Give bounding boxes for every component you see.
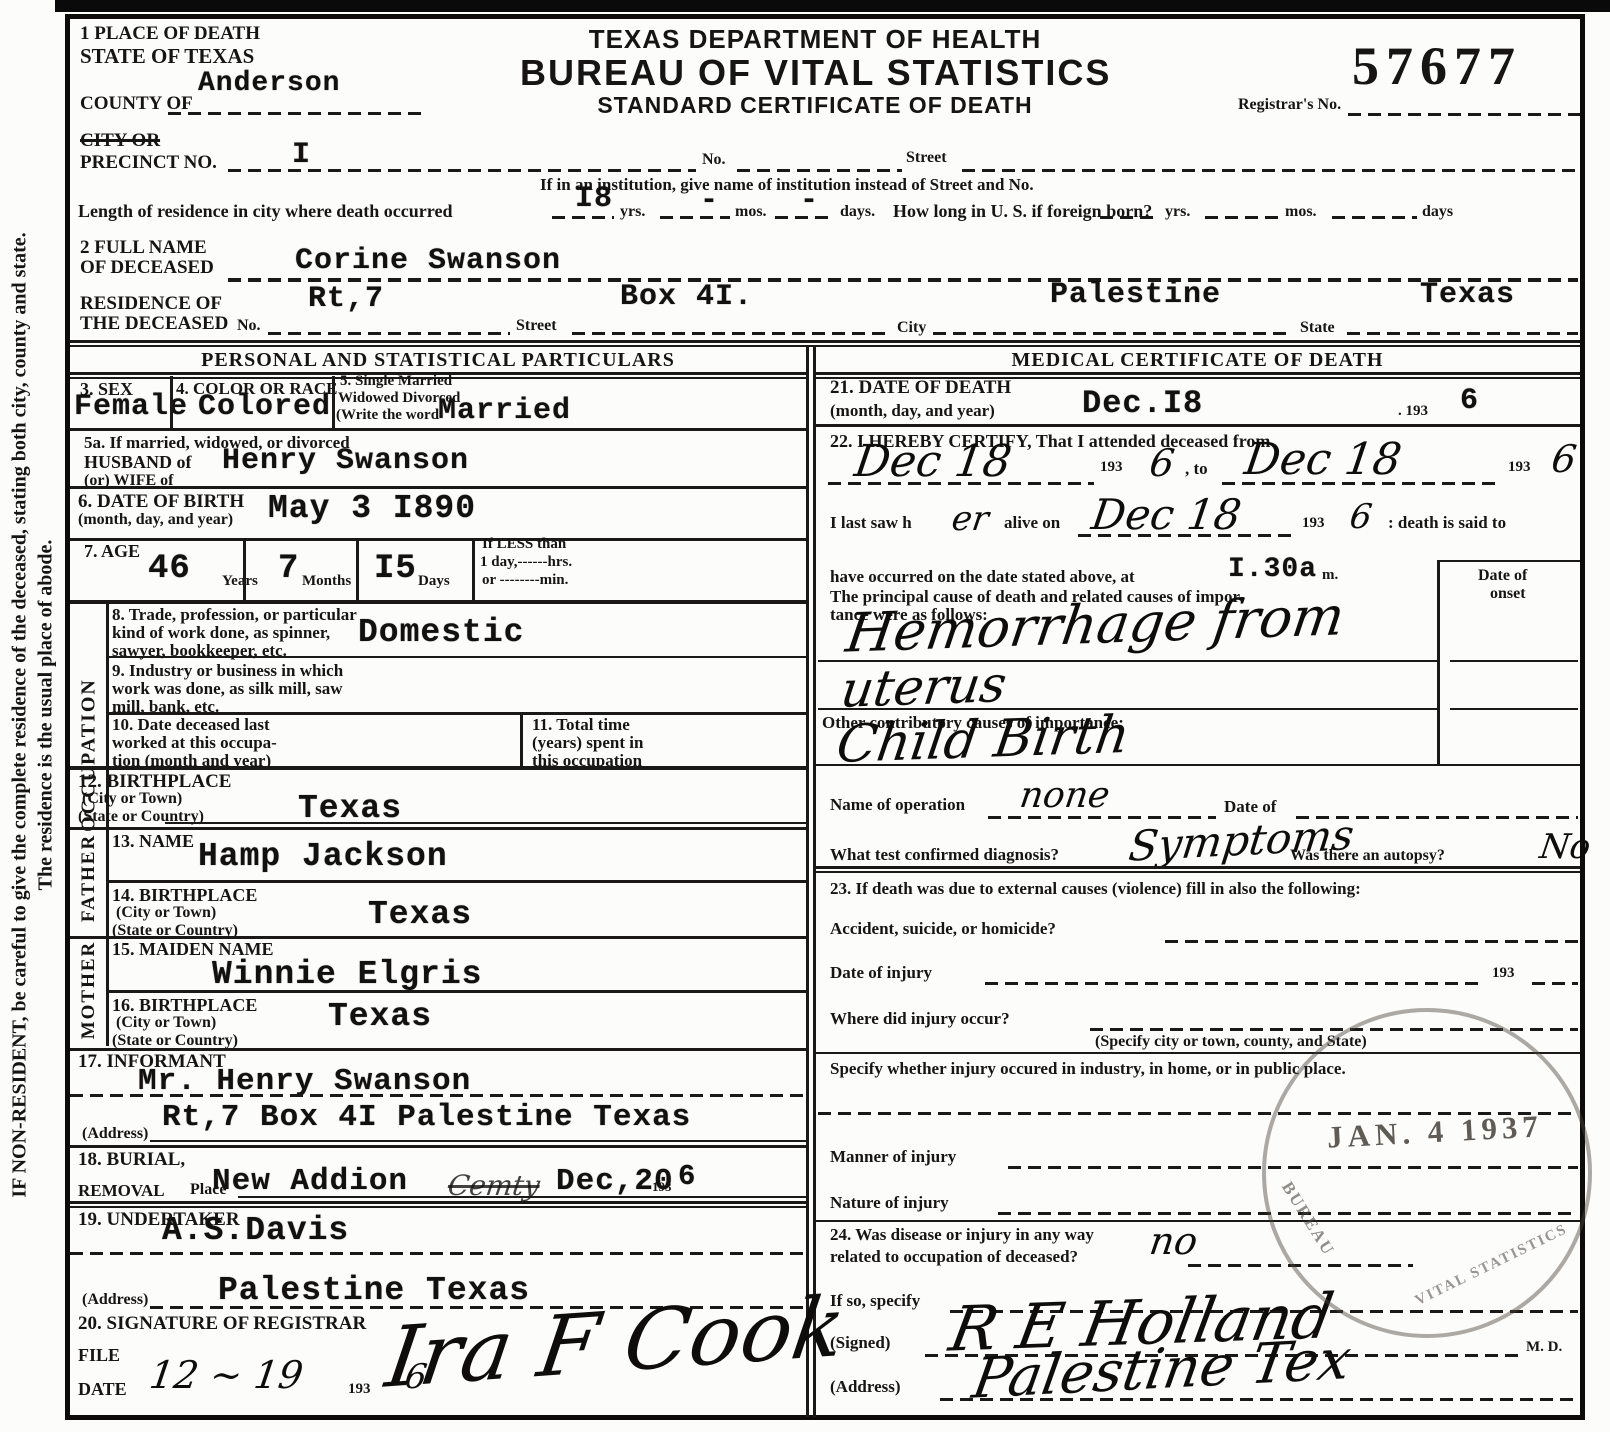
length-yrs-label: yrs.: [620, 204, 645, 221]
foreign-mos-label: mos.: [1285, 204, 1317, 221]
where-injury-label: Where did injury occur?: [830, 1010, 1010, 1028]
length-mos-label: mos.: [735, 204, 767, 221]
residence-rule-4: [1347, 332, 1578, 335]
foreign-rule-1: [1100, 216, 1160, 219]
operation-label: Name of operation: [830, 796, 965, 814]
md-label: M. D.: [1526, 1340, 1562, 1356]
center-divider-1: [806, 347, 809, 1417]
age-days-value: I5: [374, 552, 417, 586]
box8-rule: [106, 656, 806, 658]
length-days-dash: -: [800, 186, 819, 216]
bureau-title: BUREAU OF VITAL STATISTICS: [520, 54, 1110, 92]
operation-value: none: [1017, 778, 1111, 814]
if-so-label: If so, specify: [830, 1292, 920, 1310]
age-divider-2: [356, 538, 359, 600]
foreign-rule-2: [1205, 216, 1280, 219]
contributory-value: Child Birth: [834, 709, 1133, 771]
age-divider-1: [243, 538, 246, 600]
burial-193-label: 193: [652, 1180, 672, 1194]
margin-note-line1: IF NON-RESIDENT, be careful to give the …: [10, 50, 31, 1380]
removal-label: REMOVAL: [78, 1182, 165, 1200]
length-rule-2: [660, 216, 730, 219]
injury-193-label: 193: [1492, 966, 1515, 982]
age-label: 7. AGE: [84, 542, 140, 561]
residence-rule-3: [933, 332, 1291, 335]
age-months-label: Months: [302, 574, 351, 590]
row5a-rule: [70, 486, 806, 489]
department-title: TEXAS DEPARTMENT OF HEALTH: [545, 26, 1085, 53]
street-no-rule: [737, 169, 902, 172]
onset-label-1: Date of: [1478, 568, 1527, 585]
box10-rule: [70, 766, 806, 770]
foreign-rule-3: [1332, 216, 1417, 219]
burial-underline: [238, 1196, 806, 1198]
from-193-label: 193: [1100, 460, 1123, 476]
father-name-label: 13. NAME: [112, 832, 194, 851]
residence-no-value: Rt,7: [308, 284, 384, 314]
dob-sub-label: (month, day, and year): [78, 512, 233, 529]
place-of-death-label: 1 PLACE OF DEATH: [80, 24, 260, 44]
onset-label-2: onset: [1490, 586, 1526, 603]
alive-on-label: alive on: [1004, 514, 1060, 532]
precinct-label: PRECINCT NO.: [80, 153, 217, 173]
injury-date-label: Date of injury: [830, 964, 932, 982]
total-time-label-1: 11. Total time: [532, 716, 630, 734]
precinct-rule: [228, 169, 696, 172]
sex-race-divider: [170, 376, 173, 428]
residence-no-label: No.: [237, 318, 261, 335]
residence-length-label: Length of residence in city where death …: [78, 202, 452, 221]
last-worked-label-2: worked at this occupa-: [112, 734, 277, 752]
informant-address-rule: [150, 1140, 806, 1142]
residence-street-label: Street: [516, 318, 557, 335]
foreign-days-label: days: [1422, 204, 1453, 221]
precinct-value: I: [292, 140, 311, 170]
father-name-value: Hamp Jackson: [198, 840, 448, 873]
undertaker-address-label: (Address): [82, 1292, 148, 1309]
accident-rule: [1165, 940, 1578, 943]
operation-date-label: Date of: [1224, 798, 1276, 816]
fullname-rule: [228, 278, 1578, 282]
age-divider-3: [472, 538, 475, 600]
informant-address-label: (Address): [82, 1126, 148, 1143]
q24-value: no: [1147, 1222, 1200, 1260]
total-time-label-2: (years) spent in: [532, 734, 643, 752]
contributory-rule: [815, 764, 1580, 766]
date-of-death-sub: (month, day, and year): [830, 402, 995, 420]
injury-date-rule: [985, 982, 1485, 985]
age-months-value: 7: [278, 552, 299, 586]
less-than-label-2: 1 day,------hrs.: [480, 555, 572, 571]
autopsy-value: No: [1538, 830, 1593, 864]
onset-column-divider: [1437, 560, 1440, 764]
occurred-m-label: m.: [1322, 568, 1338, 584]
margin-note-line2: The residence is the usual place of abod…: [36, 315, 57, 1115]
burial-place-value: New Addion: [212, 1166, 408, 1197]
race-value: Colored: [198, 392, 331, 422]
dod-year-digit: 6: [1460, 386, 1479, 416]
city-or-label-struck: CITY OR: [80, 131, 160, 151]
residence-street-value: Box 4I.: [620, 282, 753, 312]
manner-label: Manner of injury: [830, 1148, 956, 1166]
row7-rule: [70, 600, 806, 604]
length-days-label: days.: [840, 204, 875, 221]
last-saw-label: I last saw h: [830, 514, 912, 532]
undertaker-value: A.S.Davis: [162, 1214, 349, 1247]
right-section-title: MEDICAL CERTIFICATE OF DEATH: [815, 350, 1580, 371]
last-saw-hand-mark: er: [950, 502, 991, 536]
birthplace12-rule: [70, 827, 806, 830]
mother-birthplace-city-label: (City or Town): [116, 1015, 216, 1032]
date-of-death-label: 21. DATE OF DEATH: [830, 378, 1011, 398]
last-saw-193-label: 193: [1302, 516, 1325, 532]
scan-edge-bar: [55, 0, 1610, 12]
dod-193-label: . 193: [1398, 404, 1428, 420]
fullname-value: Corine Swanson: [295, 246, 561, 276]
occurred-time-value: I.30a: [1228, 556, 1317, 584]
burial-label: 18. BURIAL,: [78, 1150, 185, 1170]
birthplace12-value: Texas: [298, 792, 402, 825]
death-certificate-scan: IF NON-RESIDENT, be careful to give the …: [0, 0, 1610, 1432]
specify-injury-label: Specify whether injury occured in indust…: [830, 1060, 1346, 1078]
file-date-value: 12 ~ 19: [147, 1356, 305, 1394]
institution-note: If in an institution, give name of insti…: [540, 176, 1034, 194]
onset-top-rule: [1437, 560, 1580, 562]
date-of-death-value: Dec.I8: [1082, 388, 1203, 420]
mother-birthplace-label: 16. BIRTHPLACE: [112, 996, 257, 1015]
box10-11-divider: [520, 715, 523, 766]
residence-city-value: Palestine: [1050, 280, 1221, 310]
length-mos-dash: -: [700, 186, 719, 216]
last-saw-date-value: Dec 18: [1089, 494, 1244, 536]
nature-label: Nature of injury: [830, 1194, 949, 1212]
father-name-rule: [106, 880, 806, 883]
attended-to-value: Dec 18: [1242, 438, 1404, 482]
registrar-number-value: 57677: [1352, 38, 1522, 95]
residence-city-label: City: [897, 320, 926, 337]
row3-rule: [70, 428, 806, 431]
county-value: Anderson: [198, 70, 340, 98]
test-rule: [815, 866, 1580, 873]
dob-label: 6. DATE OF BIRTH: [78, 492, 244, 512]
certificate-title: STANDARD CERTIFICATE OF DEATH: [545, 93, 1085, 117]
age-days-label: Days: [418, 574, 450, 590]
physician-address-label: (Address): [830, 1378, 901, 1396]
county-label: COUNTY OF: [80, 94, 193, 114]
street-no-label: No.: [702, 152, 726, 169]
death-said-label: : death is said to: [1388, 514, 1506, 532]
attended-from-rule: [828, 482, 1094, 485]
street-rule: [962, 169, 1578, 172]
injury-193-rule: [1532, 982, 1578, 985]
marital-value: Married: [438, 396, 571, 426]
industry-label-1: 9. Industry or business in which: [112, 662, 343, 680]
file-date-label: DATE: [78, 1380, 127, 1399]
file-label: FILE: [78, 1346, 120, 1365]
industry-label-2: work was done, as silk mill, saw: [112, 680, 342, 698]
external-causes-label: 23. If death was due to external causes …: [830, 880, 1361, 898]
attended-from-value: Dec 18: [852, 440, 1014, 484]
father-birthplace-label: 14. BIRTHPLACE: [112, 886, 257, 905]
marital-label-1: 5. Single Married: [340, 374, 452, 390]
husband-label: HUSBAND of: [84, 453, 192, 472]
mother-maiden-value: Winnie Elgris: [212, 958, 482, 991]
birthplace12-underline: [165, 822, 806, 824]
state-of-texas-label: STATE OF TEXAS: [80, 45, 254, 67]
dob-value: May 3 I890: [268, 492, 476, 525]
cause-of-death-line2: uterus: [838, 659, 1010, 715]
registrar-number-rule: [1348, 113, 1580, 116]
row6-rule: [70, 538, 806, 541]
birthplace12-city-label: (City or Town): [82, 791, 182, 808]
fullname-label-1: 2 FULL NAME: [80, 238, 207, 258]
onset-cell-rule-2: [1450, 708, 1578, 710]
spouse-value: Henry Swanson: [222, 446, 469, 476]
autopsy-label: Was there an autopsy?: [1290, 848, 1445, 865]
occurred-label: have occurred on the date stated above, …: [830, 568, 1135, 586]
informant-rule: [70, 1094, 806, 1097]
left-section-title: PERSONAL AND STATISTICAL PARTICULARS: [70, 350, 806, 371]
file-193-label: 193: [348, 1382, 371, 1398]
registrar-signature-label: 20. SIGNATURE OF REGISTRAR: [78, 1314, 366, 1334]
mother-vertical-label: MOTHER: [79, 941, 99, 1040]
burial-bottom-rule: [70, 1201, 806, 1208]
residence-state-label: State: [1300, 320, 1335, 337]
columns-top-rule: [70, 340, 1580, 347]
onset-cell-rule-1: [1450, 660, 1578, 662]
informant-bottom-rule: [70, 1145, 806, 1148]
father-birthplace-value: Texas: [368, 898, 472, 931]
attended-to-label: , to: [1185, 460, 1208, 478]
father-vertical-label: FATHER: [79, 834, 99, 922]
residence-label-2: THE DECEASED: [80, 314, 228, 334]
dod-rule: [815, 424, 1580, 427]
residence-rule-2: [572, 332, 890, 335]
mother-birthplace-value: Texas: [328, 1000, 432, 1033]
to-193-label: 193: [1508, 460, 1531, 476]
q24-label-1: 24. Was disease or injury in any way: [830, 1226, 1094, 1244]
trade-label-2: kind of work done, as spinner,: [112, 624, 330, 642]
residence-state-value: Texas: [1420, 280, 1515, 310]
race-marital-divider: [332, 376, 335, 428]
father-birthplace-city-label: (City or Town): [116, 905, 216, 922]
residence-length-value: I8: [575, 184, 613, 214]
trade-label-1: 8. Trade, profession, or particular: [112, 606, 357, 624]
accident-label: Accident, suicide, or homicide?: [830, 920, 1056, 938]
county-rule: [168, 112, 423, 115]
residence-label-1: RESIDENCE OF: [80, 294, 222, 314]
length-rule-3: [775, 216, 835, 219]
length-rule-1: [552, 216, 614, 219]
registrar-number-label: Registrar's No.: [1238, 97, 1341, 114]
less-than-label-3: or --------min.: [482, 573, 568, 589]
less-than-label-1: If LESS than: [482, 537, 566, 553]
marital-label-3: (Write the word: [336, 408, 439, 424]
informant-address-value: Rt,7 Box 4I Palestine Texas: [162, 1102, 691, 1133]
last-worked-label-1: 10. Date deceased last: [112, 716, 270, 734]
residence-rule-1: [268, 332, 510, 335]
burial-year-digit: 6: [678, 1162, 696, 1191]
fullname-label-2: OF DECEASED: [80, 258, 214, 278]
informant-value: Mr. Henry Swanson: [138, 1066, 471, 1097]
birthplace12-label: 12. BIRTHPLACE: [78, 772, 231, 792]
test-label: What test confirmed diagnosis?: [830, 846, 1059, 864]
mother-maiden-rule: [106, 990, 806, 993]
foreign-yrs-label: yrs.: [1165, 204, 1190, 221]
age-years-value: 46: [148, 552, 191, 586]
undertaker-rule: [70, 1252, 806, 1255]
q24-label-2: related to occupation of deceased?: [830, 1248, 1078, 1266]
age-years-label: Years: [222, 574, 258, 590]
center-divider-2: [813, 347, 816, 1417]
trade-value: Domestic: [358, 616, 524, 649]
street-label: Street: [906, 150, 947, 167]
signed-label: (Signed): [830, 1334, 890, 1352]
